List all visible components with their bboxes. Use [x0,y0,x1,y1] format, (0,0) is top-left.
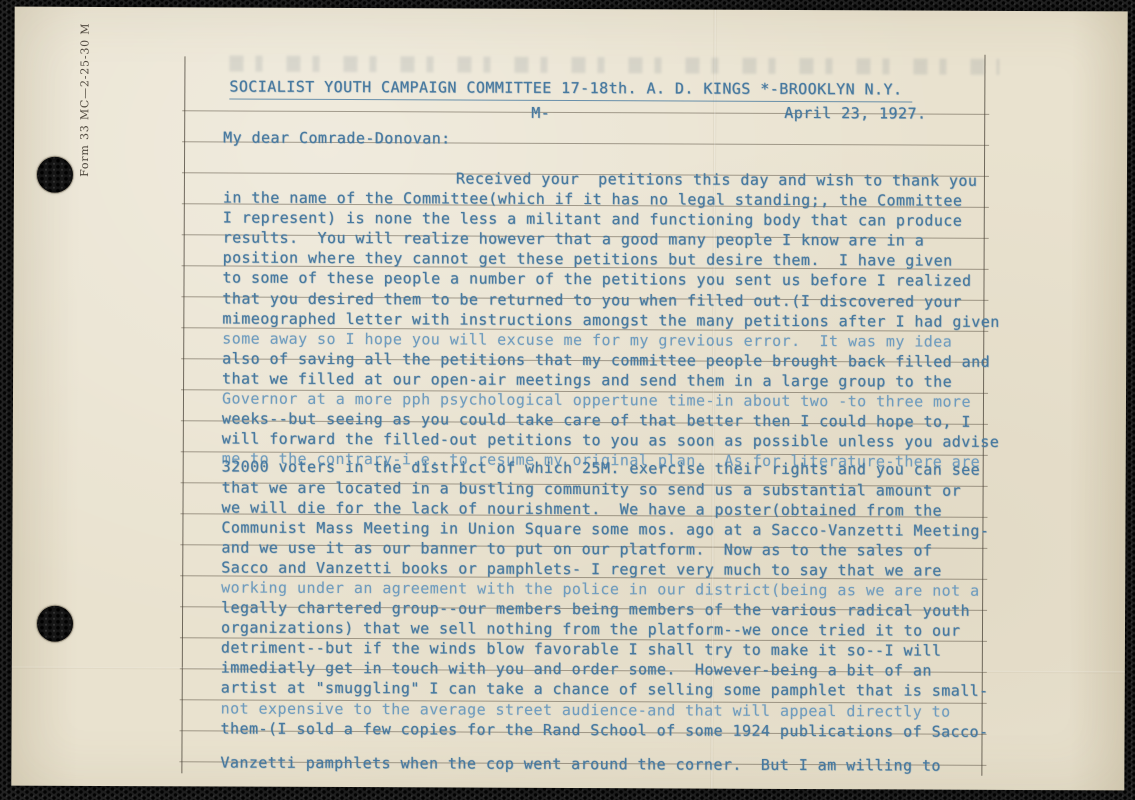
left-margin-line [181,56,185,773]
letter-paper: Form 33 MC—2-25-30 M SOCIALIST YOUTH CAM… [11,7,1127,791]
letterhead-center-mark: M- [531,104,550,122]
form-number-stamp: Form 33 MC—2-25-30 M [78,47,94,177]
punch-hole-top [37,157,73,193]
letter-date: April 23, 1927. [784,104,926,123]
letter-body: Received your petitions this day and wis… [220,167,1053,775]
typed-line: Vanzetti pamphlets when the cop went aro… [220,752,1050,776]
punch-hole-bottom [37,606,73,642]
letterhead-title: SOCIALIST YOUTH CAMPAIGN COMMITTEE 17-18… [229,78,902,99]
salutation: My dear Comrade-Donovan: [223,128,451,147]
ghost-ink-impressions [229,56,999,75]
typed-line: them-(I sold a few copies for the Rand S… [221,718,1051,742]
letterhead-underline [229,99,912,103]
